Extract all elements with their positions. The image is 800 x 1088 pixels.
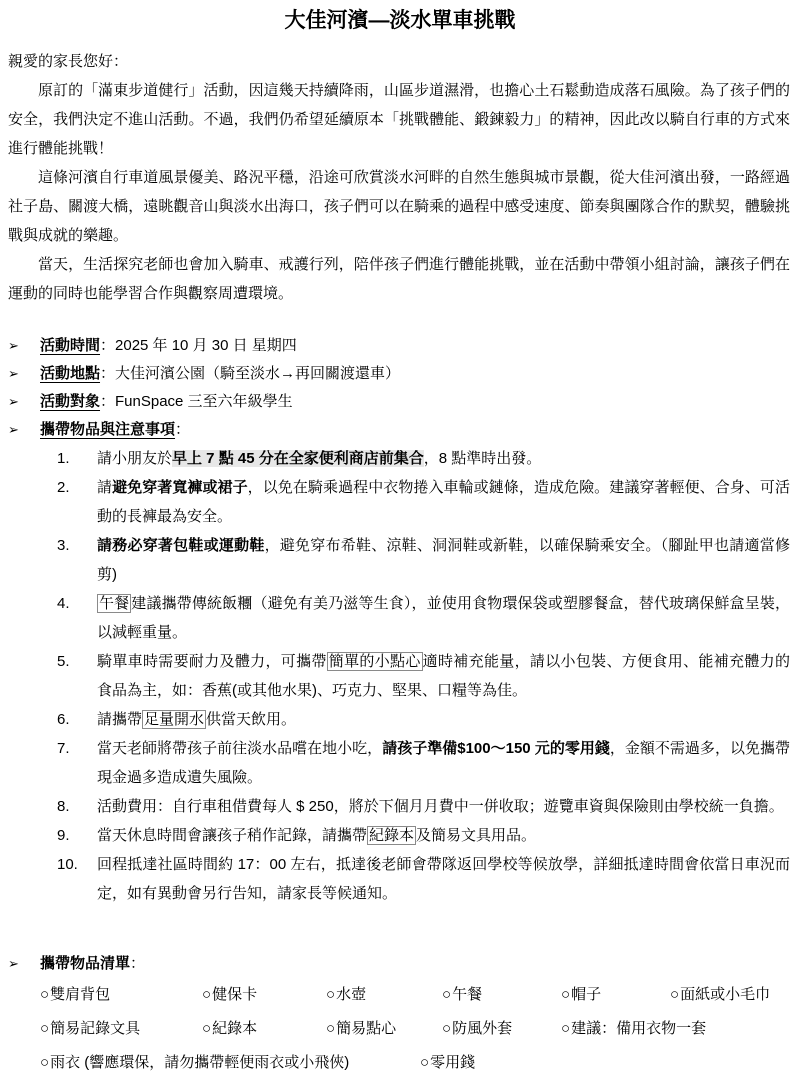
note-item-7: 7. 當天老師將帶孩子前往淡水品嚐在地小吃，請孩子準備$100～150 元的零用… (57, 734, 790, 792)
intro-paragraph-1: 原訂的「滿東步道健行」活動，因這幾天持續降雨，山區步道濕滑，也擔心土石鬆動造成落… (0, 76, 800, 163)
note-item-2: 2. 請避免穿著寬褲或裙子，以免在騎乘過程中衣物捲入車輪或鏈條，造成危險。建議穿… (57, 473, 790, 531)
note-number: 8. (57, 792, 97, 821)
info-text: 活動對象：FunSpace 三至六年級學生 (40, 388, 293, 416)
note-text: 請避免穿著寬褲或裙子，以免在騎乘過程中衣物捲入車輪或鏈條，造成危險。建議穿著輕便… (97, 473, 790, 531)
circle-checkbox-icon: ○ (202, 1020, 211, 1037)
info-label: 活動時間 (40, 337, 100, 354)
info-list: ➢ 活動時間：2025 年 10 月 30 日 星期四 ➢ 活動地點：大佳河濱公… (0, 332, 800, 444)
circle-checkbox-icon: ○ (420, 1054, 429, 1071)
checklist-item: ○帽子 (561, 978, 670, 1012)
item-label: 帽子 (571, 986, 601, 1003)
info-text: 攜帶物品與注意事項： (40, 416, 190, 444)
intro-paragraph-2: 這條河濱自行車道風景優美、路況平穩，沿途可欣賞淡水河畔的自然生態與城市景觀，從大… (0, 163, 800, 250)
page-title: 大佳河濱—淡水單車挑戰 (0, 0, 800, 34)
checklist-row-2: ○簡易記錄文具 ○紀錄本 ○簡易點心 ○防風外套 ○建議：備用衣物一套 (40, 1012, 792, 1046)
circle-checkbox-icon: ○ (561, 986, 570, 1003)
arrow-bullet-icon: ➢ (8, 388, 40, 416)
item-label: 簡易點心 (336, 1020, 396, 1037)
item-label: 建議：備用衣物一套 (571, 1020, 706, 1037)
checklist-item: ○零用錢 (420, 1046, 792, 1080)
info-row-items-notes: ➢ 攜帶物品與注意事項： (0, 416, 800, 444)
circle-checkbox-icon: ○ (326, 986, 335, 1003)
circle-checkbox-icon: ○ (40, 986, 49, 1003)
info-row-time: ➢ 活動時間：2025 年 10 月 30 日 星期四 (0, 332, 800, 360)
checklist-item: ○水壺 (326, 978, 442, 1012)
checklist-item: ○簡易點心 (326, 1012, 442, 1046)
circle-checkbox-icon: ○ (40, 1020, 49, 1037)
checklist-item: ○簡易記錄文具 (40, 1012, 202, 1046)
info-row-place: ➢ 活動地點：大佳河濱公園（騎至淡水→再回關渡還車） (0, 360, 800, 388)
checklist-rows: ○雙肩背包 ○健保卡 ○水壺 ○午餐 ○帽子 ○面紙或小毛巾 ○簡易記錄文具 ○… (40, 978, 792, 1080)
note-number: 2. (57, 473, 97, 531)
note-text: 騎單車時需要耐力及體力，可攜帶簡單的小點心適時補充能量，請以小包裝、方便食用、能… (97, 647, 790, 705)
arrow-bullet-icon: ➢ (8, 416, 40, 444)
info-label: 活動對象 (40, 393, 100, 410)
item-label: 水壺 (336, 986, 366, 1003)
checklist-item: ○雨衣 (響應環保，請勿攜帶輕便雨衣或小飛俠) (40, 1046, 420, 1080)
info-row-target: ➢ 活動對象：FunSpace 三至六年級學生 (0, 388, 800, 416)
checklist-title-row: ➢ 攜帶物品清單： (0, 950, 800, 978)
item-label: 健保卡 (212, 986, 257, 1003)
note-item-3: 3. 請務必穿著包鞋或運動鞋，避免穿布希鞋、涼鞋、洞洞鞋或新鞋，以確保騎乘安全。… (57, 531, 790, 589)
note-item-8: 8. 活動費用：自行車租借費每人 $ 250，將於下個月月費中一併收取；遊覽車資… (57, 792, 790, 821)
checklist-item: ○紀錄本 (202, 1012, 326, 1046)
note-item-5: 5. 騎單車時需要耐力及體力，可攜帶簡單的小點心適時補充能量，請以小包裝、方便食… (57, 647, 790, 705)
note-item-6: 6. 請攜帶足量開水供當天飲用。 (57, 705, 790, 734)
item-label: 簡易記錄文具 (50, 1020, 140, 1037)
checklist-item: ○防風外套 (442, 1012, 561, 1046)
checklist-title: 攜帶物品清單： (40, 950, 145, 978)
item-label: 紀錄本 (212, 1020, 257, 1037)
note-number: 4. (57, 589, 97, 647)
note-number: 5. (57, 647, 97, 705)
note-number: 7. (57, 734, 97, 792)
circle-checkbox-icon: ○ (561, 1020, 570, 1037)
item-label: 面紙或小毛巾 (680, 986, 770, 1003)
note-number: 9. (57, 821, 97, 850)
checklist-item: ○午餐 (442, 978, 561, 1012)
note-text: 請小朋友於早上 7 點 45 分在全家便利商店前集合，8 點準時出發。 (97, 444, 790, 473)
item-label: 防風外套 (452, 1020, 512, 1037)
note-text: 請攜帶足量開水供當天飲用。 (97, 705, 790, 734)
info-label: 攜帶物品與注意事項 (40, 421, 175, 438)
checklist-row-3: ○雨衣 (響應環保，請勿攜帶輕便雨衣或小飛俠) ○零用錢 (40, 1046, 792, 1080)
circle-checkbox-icon: ○ (40, 1054, 49, 1071)
notes-list: 1. 請小朋友於早上 7 點 45 分在全家便利商店前集合，8 點準時出發。 2… (0, 444, 800, 908)
checklist-section: ➢ 攜帶物品清單： ○雙肩背包 ○健保卡 ○水壺 ○午餐 ○帽子 ○面紙或小毛巾… (0, 950, 800, 1080)
note-number: 3. (57, 531, 97, 589)
circle-checkbox-icon: ○ (442, 1020, 451, 1037)
info-value: ：FunSpace 三至六年級學生 (100, 393, 293, 410)
info-value: ：大佳河濱公園（騎至淡水→再回關渡還車） (100, 365, 400, 382)
checklist-item: ○建議：備用衣物一套 (561, 1012, 792, 1046)
arrow-bullet-icon: ➢ (8, 950, 40, 978)
info-label: 活動地點 (40, 365, 100, 382)
checklist-row-1: ○雙肩背包 ○健保卡 ○水壺 ○午餐 ○帽子 ○面紙或小毛巾 (40, 978, 792, 1012)
checklist-item: ○面紙或小毛巾 (670, 978, 792, 1012)
greeting-line: 親愛的家長您好： (0, 47, 800, 76)
note-item-9: 9. 當天休息時間會讓孩子稍作記錄，請攜帶紀錄本及簡易文具用品。 (57, 821, 790, 850)
note-number: 10. (57, 850, 97, 908)
circle-checkbox-icon: ○ (326, 1020, 335, 1037)
note-text: 當天休息時間會讓孩子稍作記錄，請攜帶紀錄本及簡易文具用品。 (97, 821, 790, 850)
note-item-4: 4. 午餐建議攜帶傳統飯糰（避免有美乃滋等生食），並使用食物環保袋或塑膠餐盒，替… (57, 589, 790, 647)
note-text: 當天老師將帶孩子前往淡水品嚐在地小吃，請孩子準備$100～150 元的零用錢，金… (97, 734, 790, 792)
item-label: 雨衣 (響應環保，請勿攜帶輕便雨衣或小飛俠) (50, 1054, 349, 1071)
note-item-1: 1. 請小朋友於早上 7 點 45 分在全家便利商店前集合，8 點準時出發。 (57, 444, 790, 473)
note-text: 請務必穿著包鞋或運動鞋，避免穿布希鞋、涼鞋、洞洞鞋或新鞋，以確保騎乘安全。（腳趾… (97, 531, 790, 589)
info-text: 活動時間：2025 年 10 月 30 日 星期四 (40, 332, 297, 360)
note-item-10: 10. 回程抵達社區時間約 17：00 左右，抵達後老師會帶隊返回學校等候放學，… (57, 850, 790, 908)
checklist-item: ○健保卡 (202, 978, 326, 1012)
item-label: 零用錢 (430, 1054, 475, 1071)
note-text: 回程抵達社區時間約 17：00 左右，抵達後老師會帶隊返回學校等候放學，詳細抵達… (97, 850, 790, 908)
info-value: ：2025 年 10 月 30 日 星期四 (100, 337, 297, 354)
info-value: ： (175, 421, 190, 438)
note-text: 活動費用：自行車租借費每人 $ 250，將於下個月月費中一併收取；遊覽車資與保險… (97, 792, 790, 821)
arrow-bullet-icon: ➢ (8, 360, 40, 388)
intro-paragraph-3: 當天，生活探究老師也會加入騎車、戒護行列，陪伴孩子們進行體能挑戰，並在活動中帶領… (0, 250, 800, 308)
circle-checkbox-icon: ○ (202, 986, 211, 1003)
notice-document: 大佳河濱—淡水單車挑戰 親愛的家長您好： 原訂的「滿東步道健行」活動，因這幾天持… (0, 0, 800, 1088)
note-number: 6. (57, 705, 97, 734)
item-label: 午餐 (452, 986, 482, 1003)
note-number: 1. (57, 444, 97, 473)
circle-checkbox-icon: ○ (670, 986, 679, 1003)
item-label: 雙肩背包 (50, 986, 110, 1003)
checklist-item: ○雙肩背包 (40, 978, 202, 1012)
circle-checkbox-icon: ○ (442, 986, 451, 1003)
arrow-bullet-icon: ➢ (8, 332, 40, 360)
note-text: 午餐建議攜帶傳統飯糰（避免有美乃滋等生食），並使用食物環保袋或塑膠餐盒，替代玻璃… (97, 589, 790, 647)
info-text: 活動地點：大佳河濱公園（騎至淡水→再回關渡還車） (40, 360, 400, 388)
